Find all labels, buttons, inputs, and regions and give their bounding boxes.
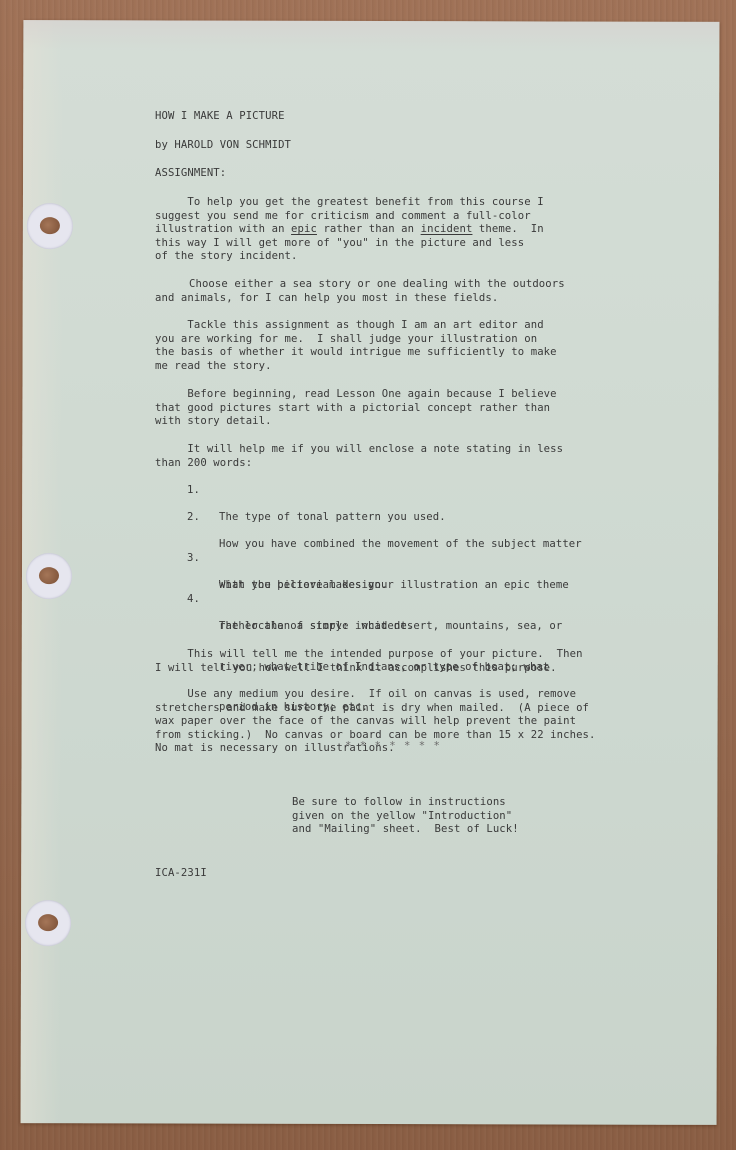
paragraph-line: To help you get the greatest benefit fro…	[155, 196, 544, 210]
asterisk-separator: * * * * * * *	[345, 740, 441, 754]
paragraph-line: with story detail.	[155, 415, 557, 429]
paragraph-art-editor: Tackle this assignment as though I am an…	[155, 319, 557, 373]
paragraph-line: of the story incident.	[155, 250, 544, 264]
paragraph-line: you are working for me. I shall judge yo…	[155, 333, 557, 347]
closing-line: and "Mailing" sheet. Best of Luck!	[292, 823, 519, 837]
text-segment: theme. In	[472, 223, 543, 235]
punched-hole-reinforcement-bottom	[25, 900, 71, 946]
paragraph-lesson-one: Before beginning, read Lesson One again …	[155, 388, 557, 429]
hole-icon	[39, 567, 59, 584]
paragraph-line: I will tell you how well I think it acco…	[155, 662, 583, 676]
paragraph-subject-choice: Choose either a sea story or one dealing…	[155, 278, 565, 305]
closing-line: Be sure to follow in instructions	[292, 796, 519, 810]
list-item-number: 1.	[187, 484, 200, 498]
paragraph-line: Before beginning, read Lesson One again …	[155, 388, 557, 402]
text-segment: illustration with an	[155, 223, 291, 235]
punched-hole-reinforcement-middle	[26, 553, 72, 599]
punched-hole-reinforcement-top	[27, 203, 73, 249]
paragraph-line: than 200 words:	[155, 457, 563, 471]
paragraph-line: suggest you send me for criticism and co…	[155, 210, 544, 224]
paragraph-line: wax paper over the face of the canvas wi…	[155, 715, 596, 729]
underlined-word-epic: epic	[291, 223, 317, 235]
paragraph-line: and animals, for I can help you most in …	[155, 292, 565, 306]
hole-icon	[38, 914, 58, 931]
list-item-number: 2.	[187, 511, 200, 525]
paragraph-line: Use any medium you desire. If oil on can…	[155, 688, 596, 702]
closing-note: Be sure to follow in instructions given …	[292, 796, 519, 837]
paragraph-line-with-emphasis: illustration with an epic rather than an…	[155, 223, 544, 237]
paragraph-line: This will tell me the intended purpose o…	[155, 648, 583, 662]
form-code: ICA-231I	[155, 867, 207, 881]
paragraph-line: Tackle this assignment as though I am an…	[155, 319, 557, 333]
paragraph-note-request: It will help me if you will enclose a no…	[155, 443, 563, 470]
section-heading: ASSIGNMENT:	[155, 167, 226, 181]
list-item-line: What you believe makes your illustration…	[219, 579, 569, 593]
paragraph-purpose: This will tell me the intended purpose o…	[155, 648, 583, 675]
hole-icon	[40, 217, 60, 234]
list-item-line: The locale of story: what desert, mounta…	[219, 620, 562, 634]
closing-line: given on the yellow "Introduction"	[292, 810, 519, 824]
paragraph-line: stretchers and make sure the paint is dr…	[155, 702, 596, 716]
document-title: HOW I MAKE A PICTURE	[155, 110, 285, 124]
document-byline: by HAROLD VON SCHMIDT	[155, 139, 291, 153]
paragraph-line: Choose either a sea story or one dealing…	[155, 278, 565, 292]
underlined-word-incident: incident	[421, 223, 473, 235]
list-item-number: 3.	[187, 552, 200, 566]
text-segment: rather than an	[317, 223, 421, 235]
paragraph-line: the basis of whether it would intrigue m…	[155, 346, 557, 360]
paragraph-line: that good pictures start with a pictoria…	[155, 402, 557, 416]
list-item-line: How you have combined the movement of th…	[219, 538, 582, 552]
list-item-number: 4.	[187, 593, 200, 607]
paragraph-line: It will help me if you will enclose a no…	[155, 443, 563, 457]
paragraph-line: me read the story.	[155, 360, 557, 374]
paragraph-line: this way I will get more of "you" in the…	[155, 237, 544, 251]
paragraph-intro: To help you get the greatest benefit fro…	[155, 196, 544, 264]
